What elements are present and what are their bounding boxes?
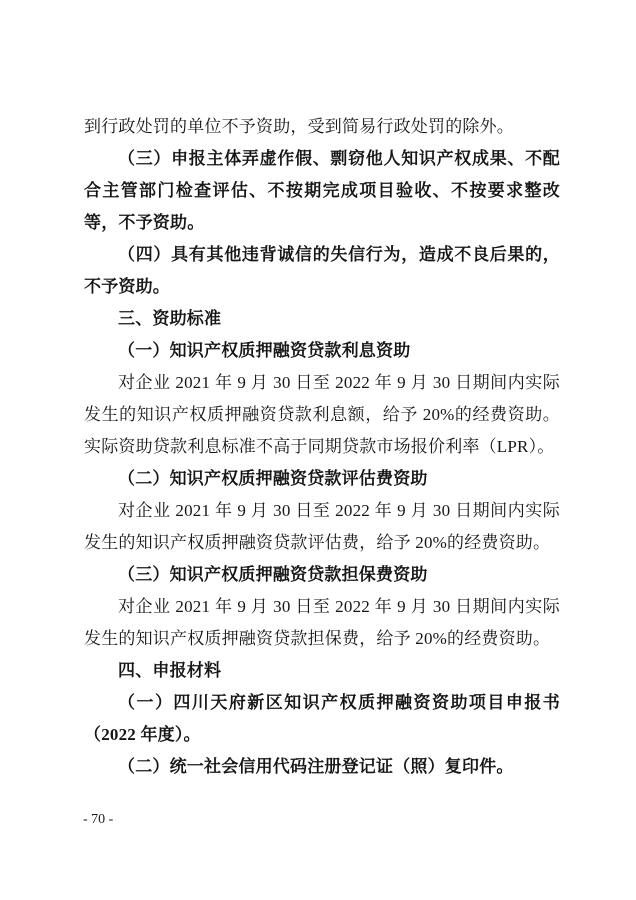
section-heading-application-materials: 四、申报材料 [84, 655, 560, 687]
list-item-material-1: （一）四川天府新区知识产权质押融资资助项目申报书（2022 年度）。 [84, 687, 560, 751]
document-body: 到行政处罚的单位不予资助，受到简易行政处罚的除外。 （三）申报主体弄虚作假、剽窃… [84, 111, 560, 783]
paragraph-loan-interest-detail: 对企业 2021 年 9 月 30 日至 2022 年 9 月 30 日期间内实… [84, 367, 560, 463]
subsection-heading-evaluation-fee-subsidy: （二）知识产权质押融资贷款评估费资助 [84, 463, 560, 495]
section-heading-funding-standards: 三、资助标准 [84, 303, 560, 335]
paragraph-guarantee-fee-detail: 对企业 2021 年 9 月 30 日至 2022 年 9 月 30 日期间内实… [84, 591, 560, 655]
list-item-disqualify-3: （三）申报主体弄虚作假、剽窃他人知识产权成果、不配合主管部门检查评估、不按期完成… [84, 143, 560, 239]
paragraph-continuation: 到行政处罚的单位不予资助，受到简易行政处罚的除外。 [84, 111, 560, 143]
subsection-heading-loan-interest-subsidy: （一）知识产权质押融资贷款利息资助 [84, 335, 560, 367]
list-item-material-2: （二）统一社会信用代码注册登记证（照）复印件。 [84, 751, 560, 783]
paragraph-evaluation-fee-detail: 对企业 2021 年 9 月 30 日至 2022 年 9 月 30 日期间内实… [84, 495, 560, 559]
list-item-disqualify-4: （四）具有其他违背诚信的失信行为，造成不良后果的，不予资助。 [84, 239, 560, 303]
page-number: - 70 - [83, 810, 113, 830]
subsection-heading-guarantee-fee-subsidy: （三）知识产权质押融资贷款担保费资助 [84, 559, 560, 591]
document-page: 到行政处罚的单位不予资助，受到简易行政处罚的除外。 （三）申报主体弄虚作假、剽窃… [0, 0, 636, 900]
